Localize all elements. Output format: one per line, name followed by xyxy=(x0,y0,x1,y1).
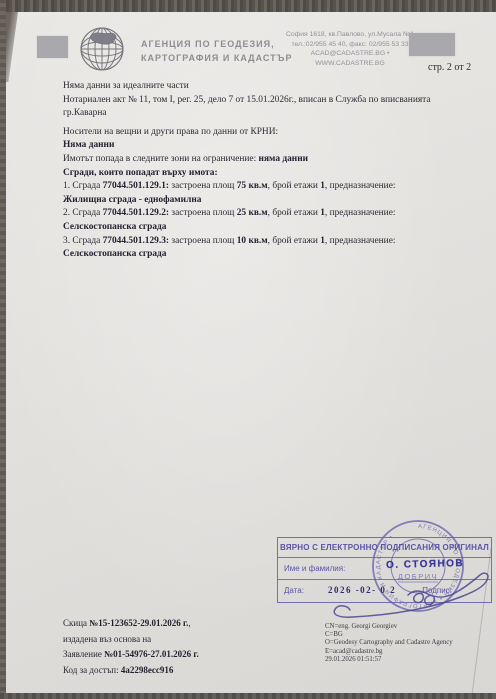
text-line: 2. Сграда 77044.501.129.2: застроена пло… xyxy=(63,207,459,221)
text-run: застроена площ xyxy=(169,208,237,218)
text-line: 1. Сграда 77044.501.129.1: застроена пло… xyxy=(63,180,459,194)
text-line: Имотът попада в следните зони на огранич… xyxy=(63,153,459,167)
text-run: 4a2298ecc916 xyxy=(121,665,173,675)
certification-title: ВЯРНО С ЕЛЕКТРОННО ПОДПИСАНИЯ ОРИГИНАЛ xyxy=(278,538,491,558)
address-line: ACAD@CADASTRE.BG • WWW.CADASTRE.BG xyxy=(278,49,422,68)
signature-scribble xyxy=(258,556,496,628)
text-run: 77044.501.129.1: xyxy=(103,181,169,191)
text-run: Селскостопанска сграда xyxy=(63,222,166,232)
text-run: 3. Сграда xyxy=(63,236,103,246)
agency-name-line2: КАРТОГРАФИЯ И КАДАСТЪР xyxy=(141,51,292,65)
text-run: 77044.501.129.3: xyxy=(103,236,169,246)
text-line: E=acad@cadastre.bg xyxy=(325,648,453,656)
redaction-block-right xyxy=(409,33,455,56)
text-run: , предназначение: xyxy=(325,208,396,218)
page-number: стр. 2 от 2 xyxy=(428,62,471,73)
text-run: , брой етажи xyxy=(268,208,321,218)
text-line: 3. Сграда 77044.501.129.3: застроена пло… xyxy=(63,235,459,249)
text-run: , xyxy=(188,618,190,628)
text-run: C=BG xyxy=(325,631,343,638)
text-line: Няма данни xyxy=(63,139,459,153)
text-line: Сгради, които попадат върху имота: xyxy=(63,167,459,181)
text-run: CN=eng. Georgi Georgiev xyxy=(325,623,397,630)
text-run: Няма данни xyxy=(63,140,114,150)
text-run: O=Geodesy Cartography and Cadastre Agenc… xyxy=(325,639,453,646)
digital-signature-details: CN=eng. Georgi GeorgievC=BGO=Geodesy Car… xyxy=(325,623,453,664)
text-line: Няма данни за идеалните части xyxy=(63,80,459,94)
text-run: Няма данни за идеалните части xyxy=(63,81,189,91)
scan-bed-corner xyxy=(6,12,18,82)
text-line: CN=eng. Georgi Georgiev xyxy=(325,623,453,631)
text-line: Скица №15-123652-29.01.2026 г., xyxy=(63,616,199,632)
text-line: Селскостопанска сграда xyxy=(63,221,459,235)
text-run: Нотариален акт № 11, том I, рег. 25, дел… xyxy=(63,95,431,105)
text-line: Селскостопанска сграда xyxy=(63,248,459,262)
text-run: 10 кв.м xyxy=(237,236,268,246)
text-line: Носители на вещни и други права по данни… xyxy=(63,126,459,140)
text-run: 75 кв.м xyxy=(237,181,268,191)
text-run: , предназначение: xyxy=(325,181,396,191)
text-run: Скица xyxy=(63,618,89,628)
document-body: Няма данни за идеалните частиНотариален … xyxy=(63,80,459,262)
globe-icon xyxy=(74,25,130,73)
address-line: София 1618, кв.Павлово, ул.Мусала №1 xyxy=(278,30,422,40)
text-run: , предназначение: xyxy=(325,236,396,246)
redaction-block-left xyxy=(37,36,68,58)
text-run: издадена въз основа на xyxy=(63,634,151,644)
text-run: , брой етажи xyxy=(268,236,321,246)
text-line: Жилищна сграда - еднофамилна xyxy=(63,194,459,208)
text-run: застроена площ xyxy=(169,181,237,191)
scan-bed-bottom-edge xyxy=(0,693,496,699)
text-run: E=acad@cadastre.bg xyxy=(325,648,382,655)
scanned-document-page: АГЕНЦИЯ ПО ГЕОДЕЗИЯ, КАРТОГРАФИЯ И КАДАС… xyxy=(0,0,496,699)
text-run: няма данни xyxy=(259,154,308,164)
text-line: издадена въз основа на xyxy=(63,632,199,648)
agency-name-line1: АГЕНЦИЯ ПО ГЕОДЕЗИЯ, xyxy=(141,37,292,51)
text-line: гр.Каварна xyxy=(63,107,459,121)
text-run: застроена площ xyxy=(169,236,237,246)
text-line: C=BG xyxy=(325,631,453,639)
address-line: тел.:02/955 45 40, факс: 02/955 53 33 xyxy=(278,40,422,50)
text-run: №01-54976-27.01.2026 г. xyxy=(104,649,199,659)
text-run: Заявление xyxy=(63,649,104,659)
scan-bed-left-edge xyxy=(0,0,6,699)
text-run: 77044.501.129.2: xyxy=(103,208,169,218)
text-run: Носители на вещни и други права по данни… xyxy=(63,127,278,137)
agency-address-block: София 1618, кв.Павлово, ул.Мусала №1 тел… xyxy=(278,30,422,68)
text-line: O=Geodesy Cartography and Cadastre Agenc… xyxy=(325,639,453,647)
text-run: Код за достъп: xyxy=(63,665,121,675)
text-run: Селскостопанска сграда xyxy=(63,249,166,259)
text-line: Нотариален акт № 11, том I, рег. 25, дел… xyxy=(63,94,459,108)
sketch-reference-block: Скица №15-123652-29.01.2026 г.,издадена … xyxy=(63,616,199,678)
agency-name: АГЕНЦИЯ ПО ГЕОДЕЗИЯ, КАРТОГРАФИЯ И КАДАС… xyxy=(141,37,292,65)
text-line: Код за достъп: 4a2298ecc916 xyxy=(63,663,199,679)
text-run: Сгради, които попадат върху имота: xyxy=(63,168,218,178)
text-line: Заявление №01-54976-27.01.2026 г. xyxy=(63,647,199,663)
text-run: 1. Сграда xyxy=(63,181,103,191)
text-line: 29.01.2026 01:51:57 xyxy=(325,656,453,664)
text-run: , брой етажи xyxy=(268,181,321,191)
text-run: 29.01.2026 01:51:57 xyxy=(325,656,381,663)
text-run: Жилищна сграда - еднофамилна xyxy=(63,195,201,205)
text-run: Имотът попада в следните зони на огранич… xyxy=(63,154,259,164)
text-run: гр.Каварна xyxy=(63,108,107,118)
scan-bed-top-edge xyxy=(0,0,496,12)
text-run: №15-123652-29.01.2026 г. xyxy=(89,618,188,628)
text-run: 25 кв.м xyxy=(237,208,268,218)
text-run: 2. Сграда xyxy=(63,208,103,218)
